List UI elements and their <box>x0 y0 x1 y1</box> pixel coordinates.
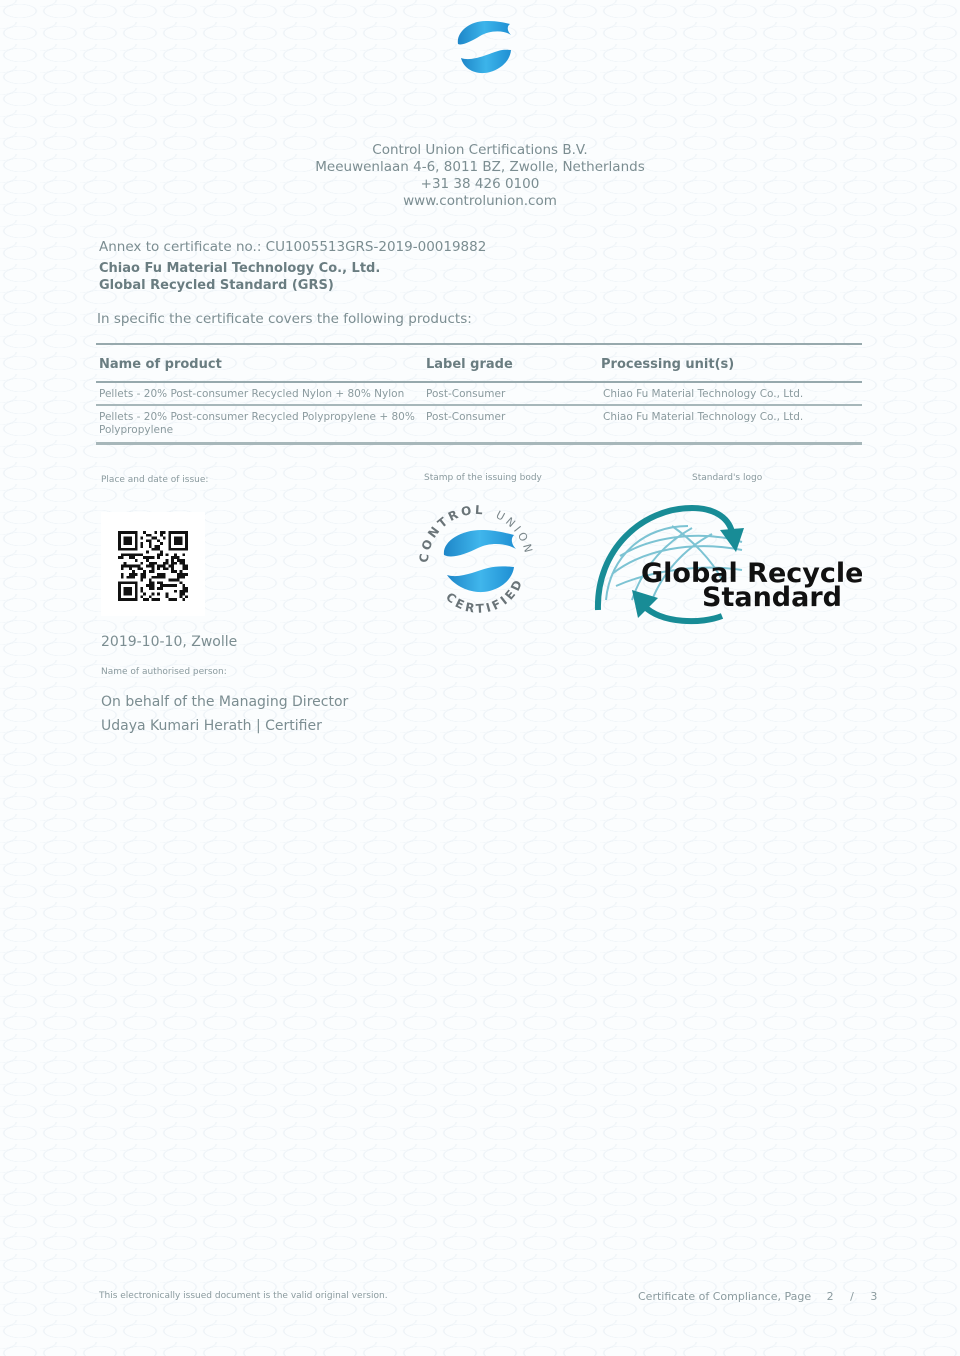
place-date-label: Place and date of issue: <box>101 475 208 485</box>
issue-date-place: 2019-10-10, Zwolle <box>101 634 237 650</box>
header-name-of-product: Name of product <box>96 344 423 382</box>
qr-code[interactable] <box>101 512 205 616</box>
validity-note: This electronically issued document is t… <box>99 1291 388 1301</box>
product-name: Pellets - 20% Post-consumer Recycled Nyl… <box>96 382 423 405</box>
standard-logo-label: Standard's logo <box>692 473 762 483</box>
svg-text:Standard: Standard <box>702 582 842 613</box>
company-name: Chiao Fu Material Technology Co., Ltd. <box>99 261 380 278</box>
label-grade: Post-Consumer <box>423 405 598 443</box>
products-table: Name of product Label grade Processing u… <box>96 343 862 444</box>
page-separator: / <box>850 1290 855 1303</box>
organization-phone: +31 38 426 0100 <box>0 176 960 193</box>
control-union-certified-stamp: CONTROL UNION CERTIFIED <box>414 497 540 627</box>
page-total: 3 <box>870 1290 878 1303</box>
annex-certificate-number: Annex to certificate no.: CU1005513GRS-2… <box>99 239 486 255</box>
wave-logo-icon <box>452 18 516 78</box>
global-recycled-standard-logo: Global Recycled Standard <box>592 500 862 626</box>
control-union-logo <box>452 18 516 78</box>
authorised-person-label: Name of authorised person: <box>101 667 227 677</box>
organization-name: Control Union Certifications B.V. <box>0 142 960 159</box>
grs-globe-arrows-icon: Global Recycled Standard <box>592 500 862 626</box>
page-indicator: Certificate of Compliance, Page 2 / 3 <box>638 1290 878 1303</box>
page-current: 2 <box>827 1290 835 1303</box>
processing-unit: Chiao Fu Material Technology Co., Ltd. <box>598 405 862 443</box>
qr-code-icon <box>118 531 188 601</box>
certified-stamp-icon: CONTROL UNION CERTIFIED <box>414 497 540 627</box>
header-label-grade: Label grade <box>423 344 598 382</box>
processing-unit: Chiao Fu Material Technology Co., Ltd. <box>598 382 862 405</box>
stamp-label: Stamp of the issuing body <box>424 473 542 483</box>
products-intro: In specific the certificate covers the f… <box>97 311 472 327</box>
label-grade: Post-Consumer <box>423 382 598 405</box>
table-row: Pellets - 20% Post-consumer Recycled Pol… <box>96 405 862 443</box>
table-bottom-rule <box>96 443 862 445</box>
organization-info: Control Union Certifications B.V. Meeuwe… <box>0 142 960 210</box>
organization-website[interactable]: www.controlunion.com <box>0 193 960 210</box>
standard-name: Global Recycled Standard (GRS) <box>99 278 380 295</box>
page-label: Certificate of Compliance, Page <box>638 1290 811 1303</box>
table-row: Pellets - 20% Post-consumer Recycled Nyl… <box>96 382 862 405</box>
organization-address: Meeuwenlaan 4-6, 8011 BZ, Zwolle, Nether… <box>0 159 960 176</box>
certified-company-block: Chiao Fu Material Technology Co., Ltd. G… <box>99 261 380 294</box>
signatory-name: Udaya Kumari Herath | Certifier <box>101 718 322 734</box>
product-name: Pellets - 20% Post-consumer Recycled Pol… <box>96 405 423 443</box>
header-processing-units: Processing unit(s) <box>598 344 862 382</box>
table-header-row: Name of product Label grade Processing u… <box>96 344 862 382</box>
signatory-role: On behalf of the Managing Director <box>101 694 348 710</box>
